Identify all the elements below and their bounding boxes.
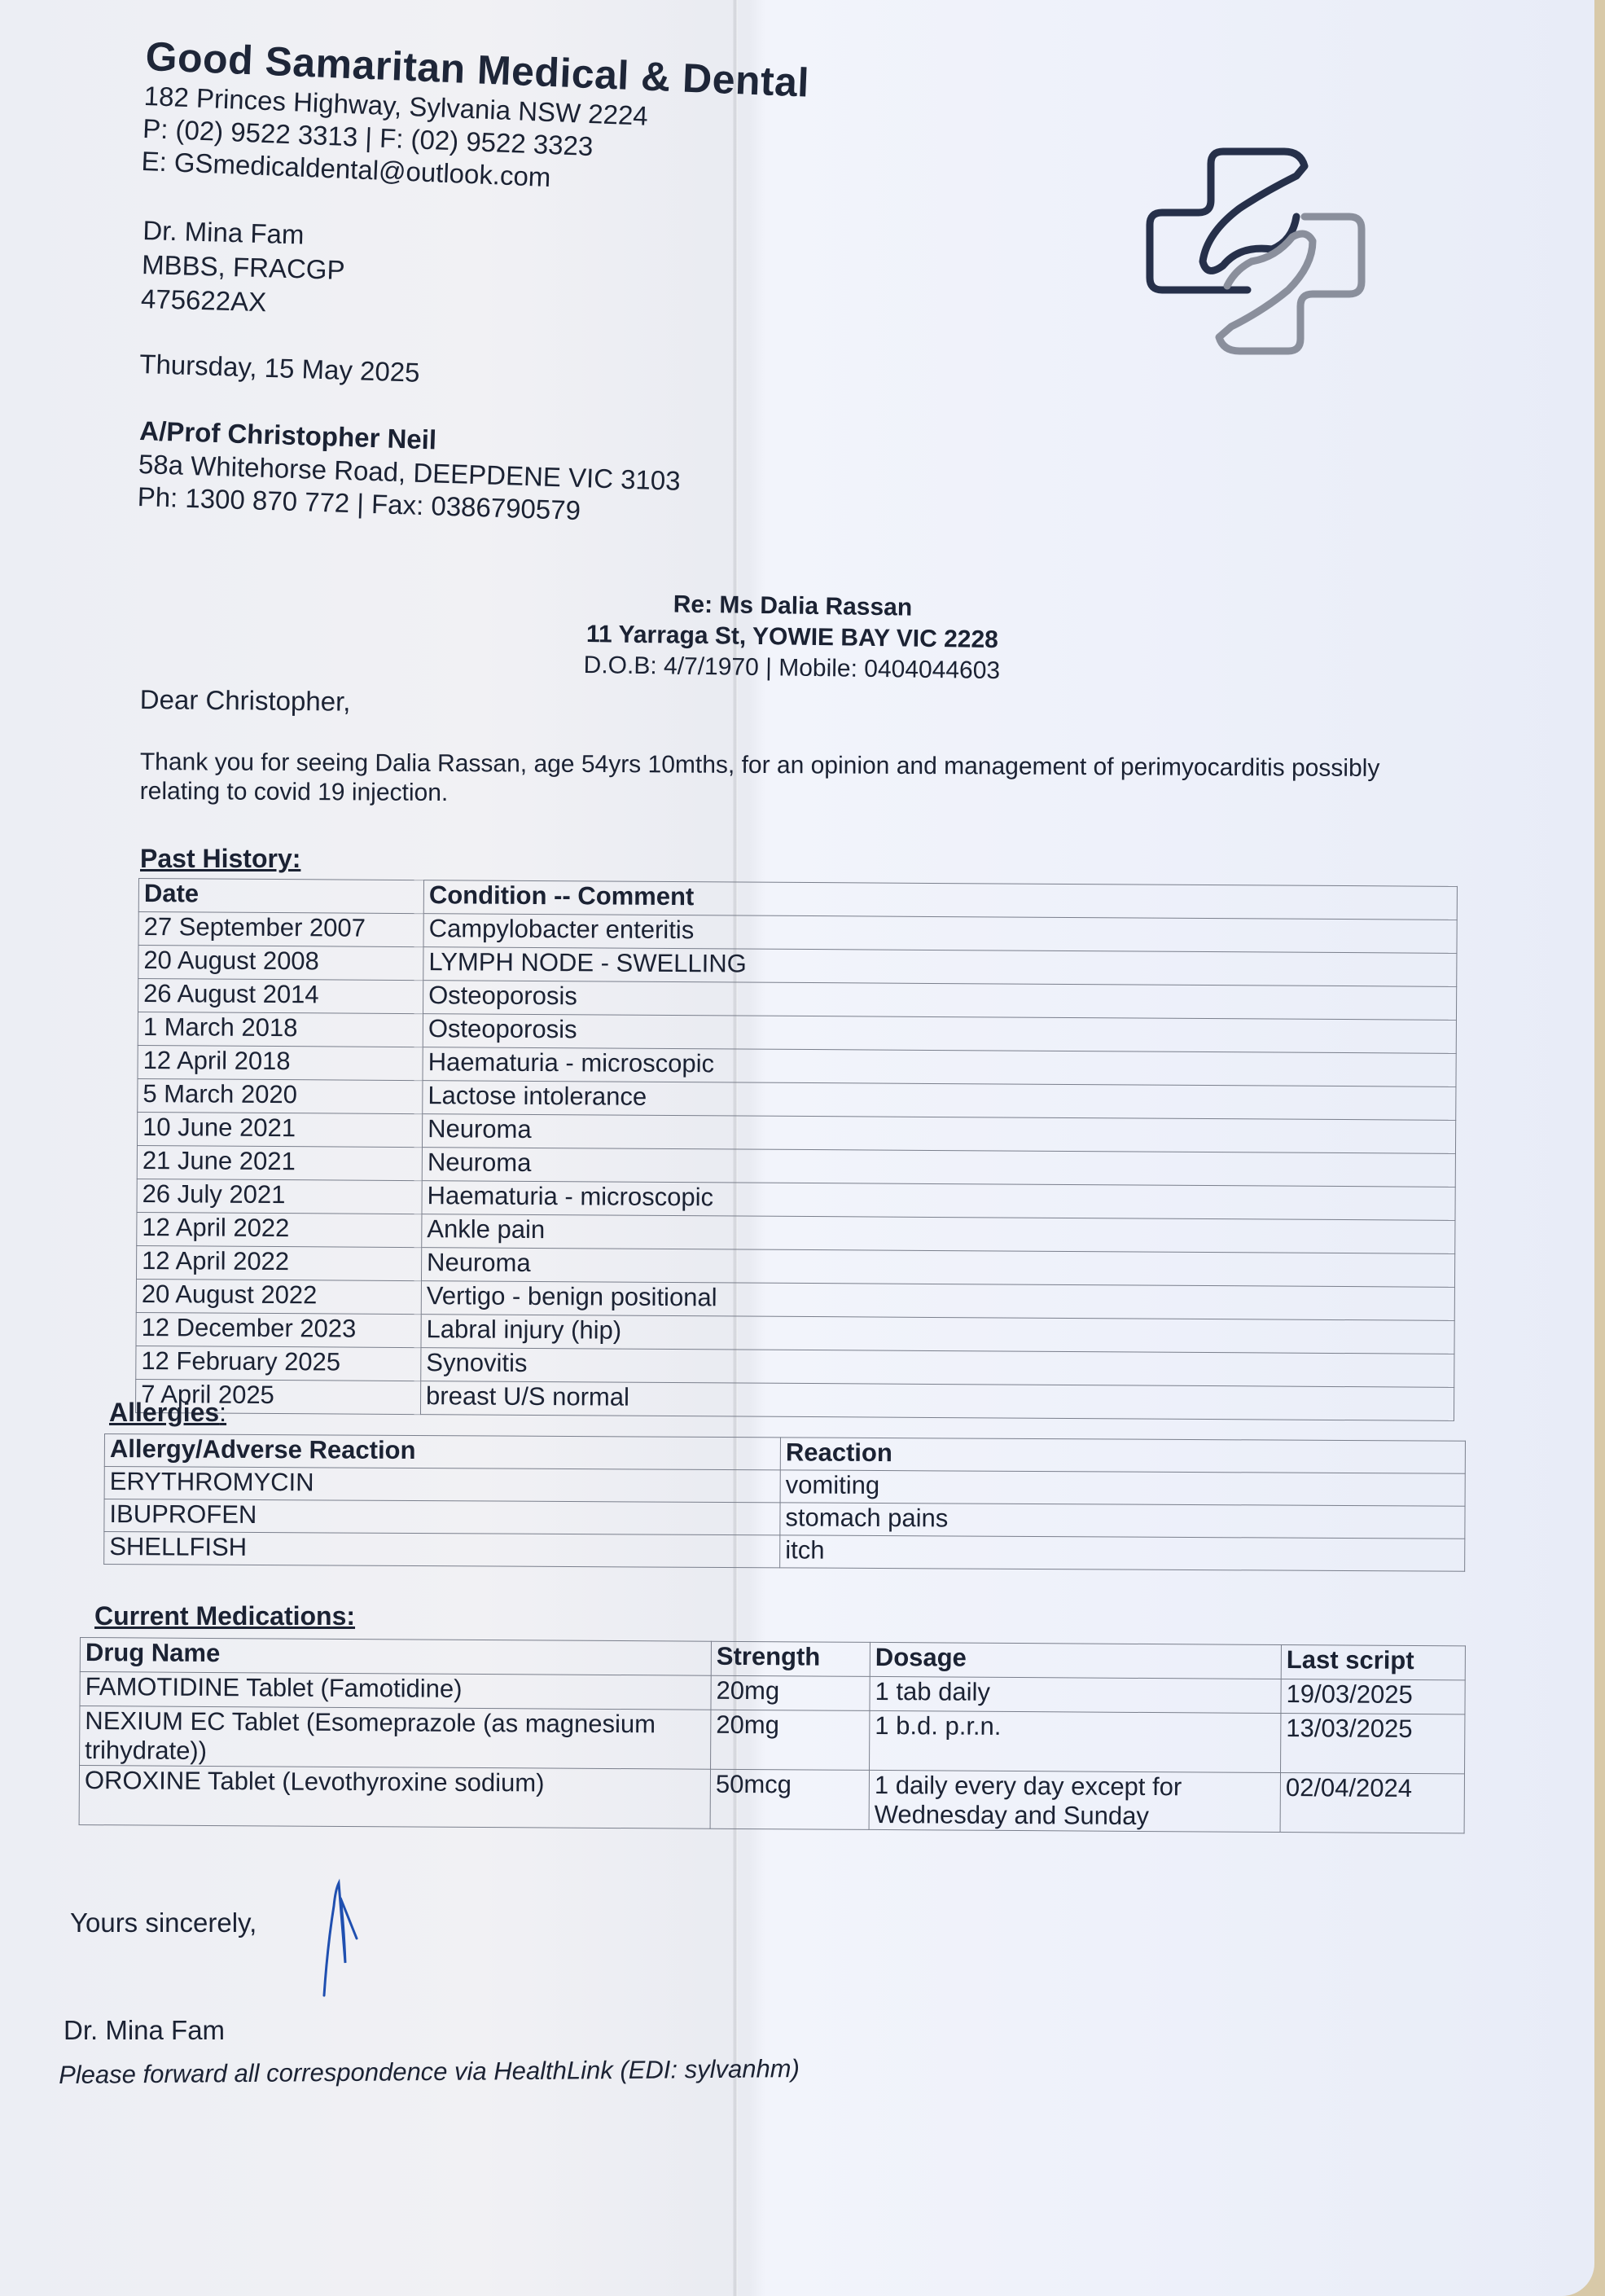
column-header: Last script <box>1281 1645 1465 1680</box>
strength-cell: 20mg <box>711 1710 870 1770</box>
dosage-cell: 1 tab daily <box>870 1676 1281 1713</box>
letter-page: Good Samaritan Medical & Dental 182 Prin… <box>0 0 1594 2296</box>
table-row: 7 April 2025breast U/S normal <box>135 1379 1454 1420</box>
history-date-cell: 1 March 2018 <box>138 1012 423 1047</box>
patient-block: Re: Ms Dalia Rassan 11 Yarraga St, YOWIE… <box>583 588 1001 687</box>
reaction-cell: vomiting <box>780 1470 1465 1506</box>
column-header: Reaction <box>780 1438 1465 1473</box>
handwritten-signature-icon <box>309 1873 375 2004</box>
correspondence-note: Please forward all correspondence via He… <box>59 2054 800 2090</box>
history-date-cell: 20 August 2008 <box>138 946 423 981</box>
doctor-qualifications: MBBS, FRACGP <box>142 248 345 288</box>
history-date-cell: 12 April 2018 <box>138 1045 423 1080</box>
last-script-cell: 13/03/2025 <box>1281 1714 1465 1774</box>
greeting: Dear Christopher, <box>140 684 351 718</box>
last-script-cell: 19/03/2025 <box>1281 1679 1465 1714</box>
last-script-cell: 02/04/2024 <box>1280 1773 1464 1833</box>
history-date-cell: 12 April 2022 <box>136 1245 421 1280</box>
recipient-block: A/Prof Christopher Neil 58a Whitehorse R… <box>137 414 682 530</box>
allergen-cell: IBUPROFEN <box>104 1499 780 1535</box>
history-condition-cell: breast U/S normal <box>420 1381 1454 1421</box>
column-header: Drug Name <box>80 1638 711 1676</box>
signatory-name: Dr. Mina Fam <box>64 2015 225 2046</box>
history-date-cell: 26 July 2021 <box>137 1179 422 1214</box>
column-header: Dosage <box>870 1642 1281 1679</box>
column-header: Date <box>138 879 423 914</box>
past-history-title: Past History: <box>140 844 300 874</box>
allergies-title-text: Allergies <box>109 1398 219 1427</box>
history-date-cell: 21 June 2021 <box>137 1145 422 1180</box>
reaction-cell: itch <box>780 1535 1465 1571</box>
letter-content: Good Samaritan Medical & Dental 182 Prin… <box>0 0 1594 2296</box>
letterhead: Good Samaritan Medical & Dental 182 Prin… <box>141 33 810 204</box>
history-date-cell: 26 August 2014 <box>138 979 423 1014</box>
past-history-table: Date Condition -- Comment 27 September 2… <box>135 878 1458 1421</box>
doctor-name: Dr. Mina Fam <box>143 213 346 253</box>
hands-medical-cross-icon <box>1117 127 1378 371</box>
provider-number: 475622AX <box>140 282 344 322</box>
allergies-title: Allergies: <box>109 1398 226 1428</box>
valediction: Yours sincerely, <box>70 1907 257 1938</box>
history-date-cell: 5 March 2020 <box>138 1078 423 1113</box>
history-date-cell: 27 September 2007 <box>138 912 423 947</box>
medications-title: Current Medications: <box>94 1601 355 1631</box>
column-header: Allergy/Adverse Reaction <box>104 1434 780 1470</box>
column-header: Strength <box>711 1641 870 1676</box>
reaction-cell: stomach pains <box>780 1503 1465 1539</box>
dosage-cell: 1 b.d. p.r.n. <box>870 1710 1281 1772</box>
medications-table: Drug Name Strength Dosage Last script FA… <box>79 1637 1466 1833</box>
table-row: NEXIUM EC Tablet (Esomeprazole (as magne… <box>80 1706 1465 1774</box>
strength-cell: 50mcg <box>710 1769 869 1829</box>
history-date-cell: 12 December 2023 <box>136 1312 421 1347</box>
table-row: OROXINE Tablet (Levothyroxine sodium)50m… <box>79 1766 1464 1833</box>
doctor-details: Dr. Mina Fam MBBS, FRACGP 475622AX <box>140 213 346 322</box>
allergies-title-colon: : <box>219 1398 226 1427</box>
patient-dob-mobile: D.O.B: 4/7/1970 | Mobile: 0404044603 <box>583 650 1000 687</box>
history-date-cell: 20 August 2022 <box>136 1279 421 1314</box>
drug-name-cell: NEXIUM EC Tablet (Esomeprazole (as magne… <box>80 1706 711 1770</box>
history-date-cell: 10 June 2021 <box>137 1112 422 1147</box>
drug-name-cell: OROXINE Tablet (Levothyroxine sodium) <box>79 1766 710 1829</box>
allergen-cell: ERYTHROMYCIN <box>104 1467 780 1503</box>
allergies-table: Allergy/Adverse Reaction Reaction ERYTHR… <box>103 1433 1466 1572</box>
letter-date: Thursday, 15 May 2025 <box>139 349 420 389</box>
table-row: SHELLFISHitch <box>104 1532 1465 1572</box>
drug-name-cell: FAMOTIDINE Tablet (Famotidine) <box>80 1672 711 1710</box>
history-date-cell: 12 April 2022 <box>137 1212 422 1247</box>
intro-paragraph: Thank you for seeing Dalia Rassan, age 5… <box>140 748 1410 813</box>
dosage-cell: 1 daily every day except for Wednesday a… <box>869 1770 1280 1832</box>
strength-cell: 20mg <box>711 1675 870 1710</box>
allergen-cell: SHELLFISH <box>104 1532 780 1568</box>
history-date-cell: 12 February 2025 <box>136 1346 421 1381</box>
